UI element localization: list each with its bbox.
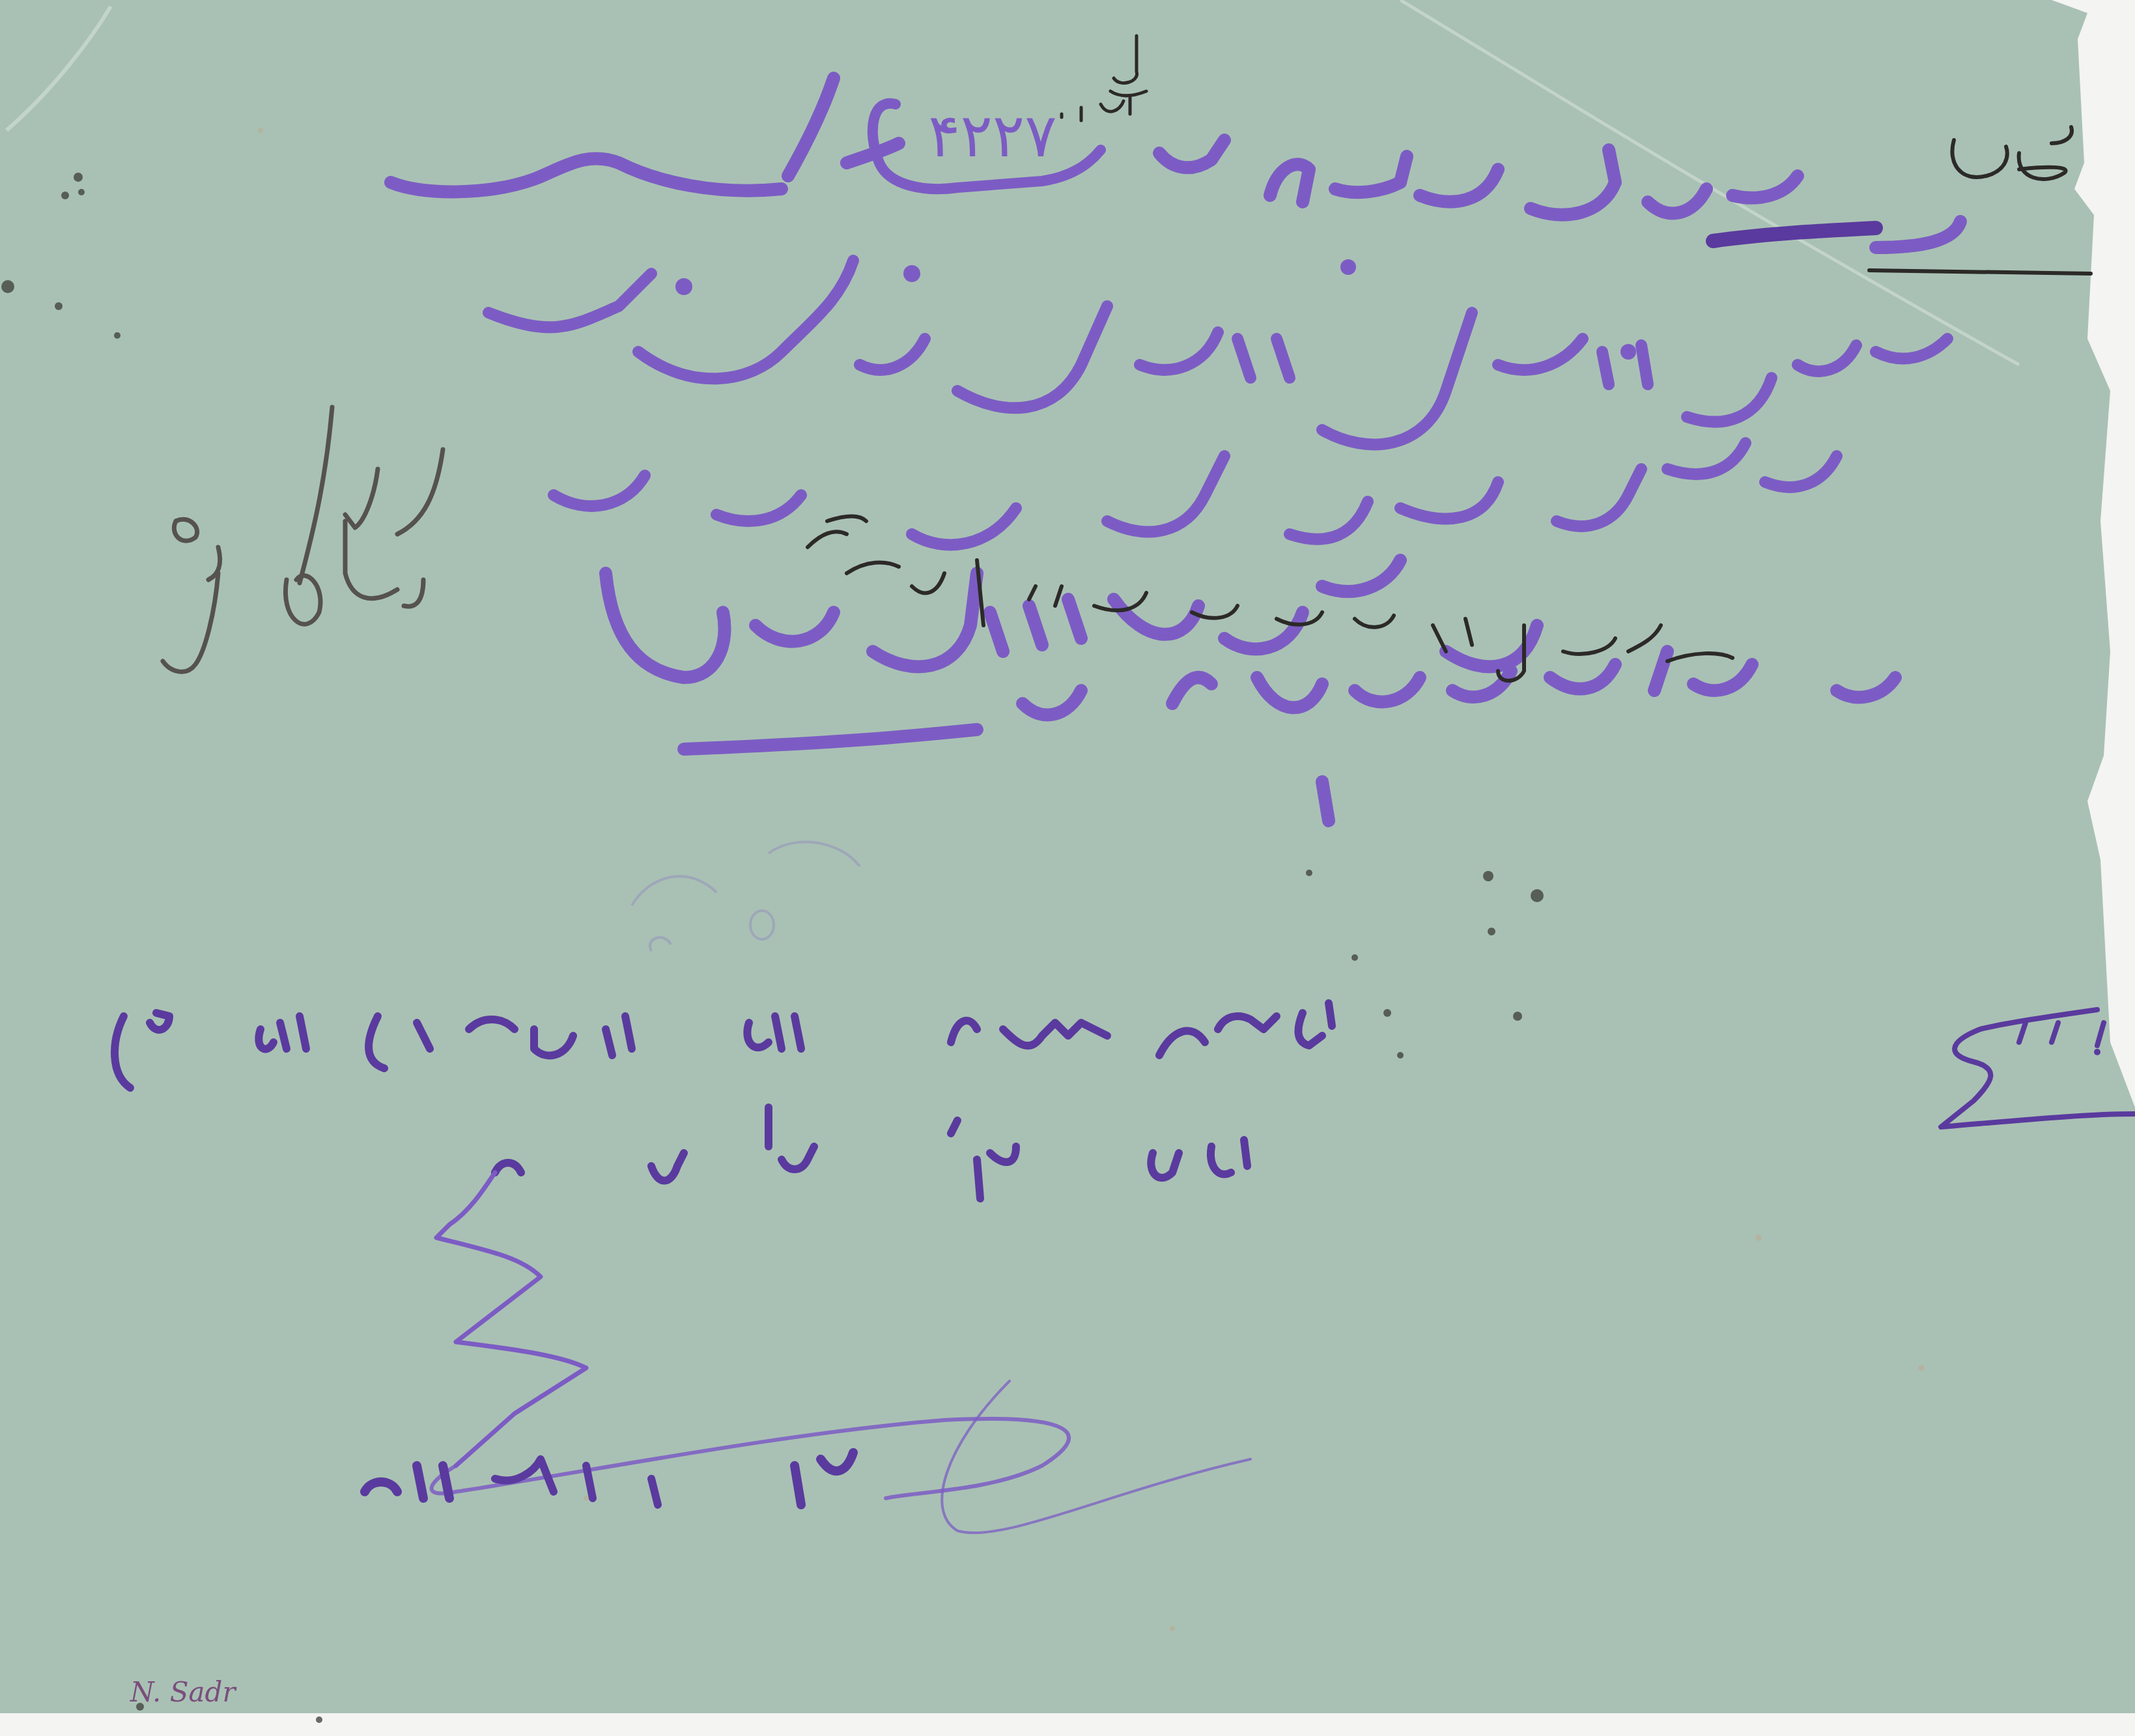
reference-number-text: ۴۲۲۷ bbox=[928, 101, 1057, 171]
document-scan: ۴۲۲۷ bbox=[0, 0, 2135, 1736]
scan-border-bottom bbox=[0, 1713, 2135, 1736]
pencil-signature: N. Sadr bbox=[130, 1676, 237, 1708]
paper-sheet bbox=[0, 0, 2135, 1736]
